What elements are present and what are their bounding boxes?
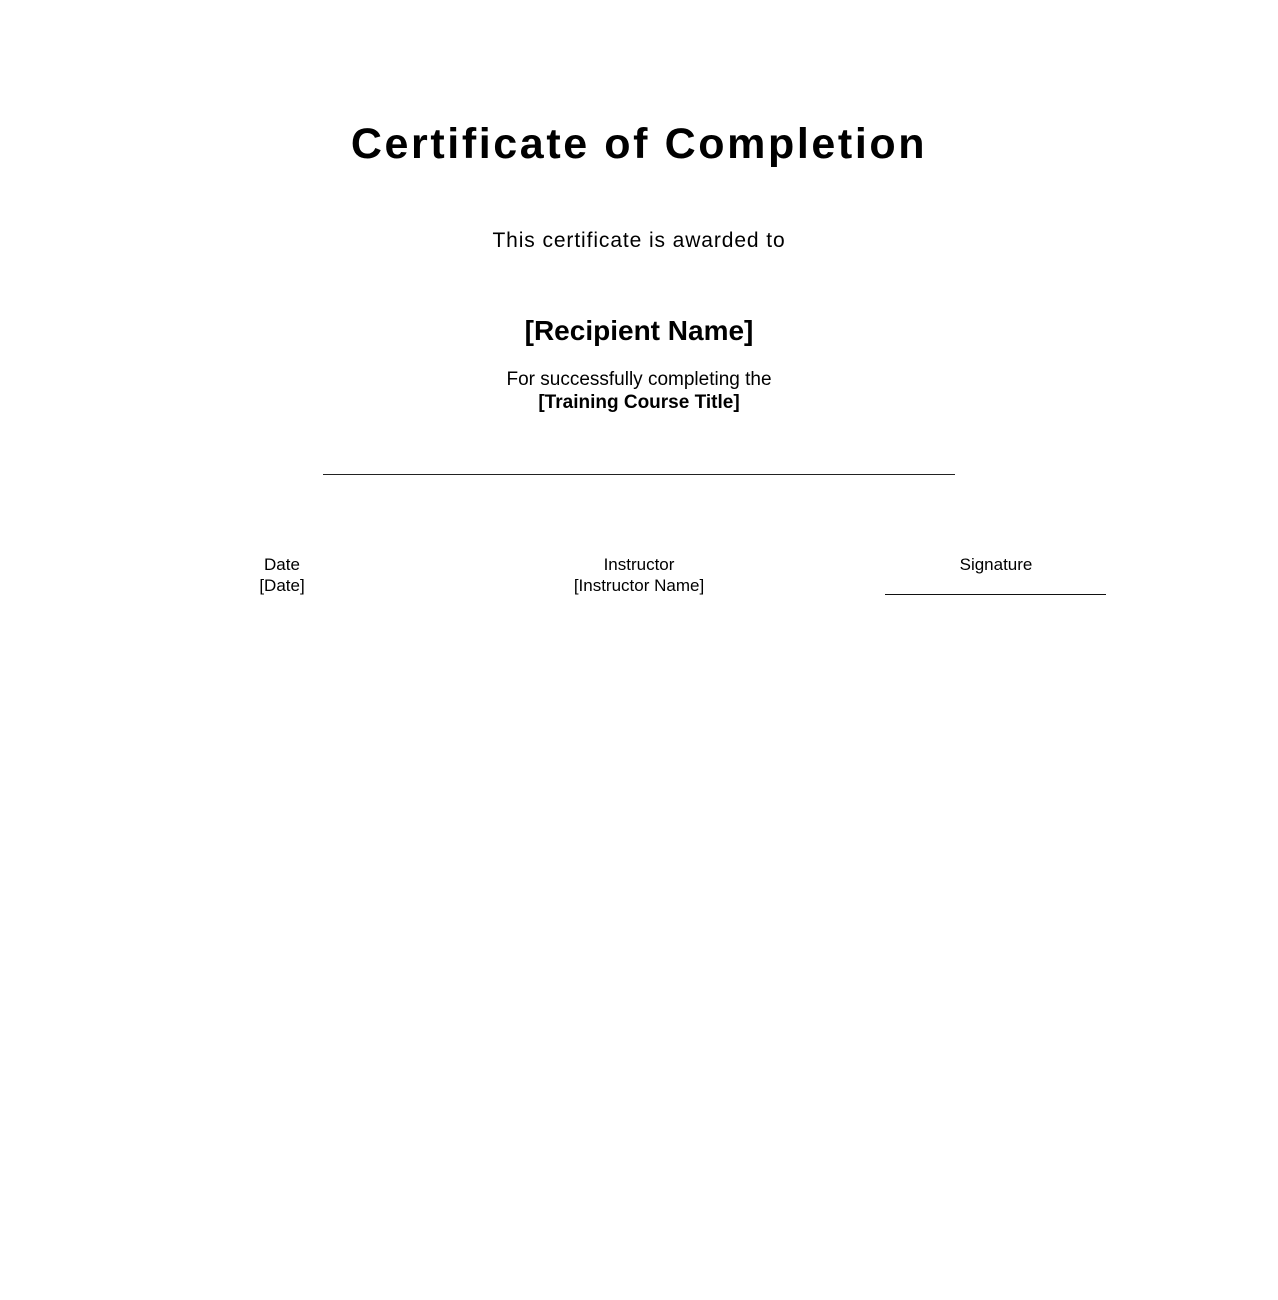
course-title: [Training Course Title] xyxy=(0,391,1278,414)
instructor-block: Instructor [Instructor Name] xyxy=(509,554,769,596)
date-value: [Date] xyxy=(152,575,412,596)
divider-line xyxy=(323,474,955,475)
signature-block: Signature xyxy=(866,554,1126,575)
date-label: Date xyxy=(152,554,412,575)
completion-text: For successfully completing the xyxy=(0,368,1278,391)
instructor-label: Instructor xyxy=(509,554,769,575)
signature-label: Signature xyxy=(866,554,1126,575)
certificate-title: Certificate of Completion xyxy=(0,118,1278,170)
signature-line xyxy=(885,594,1106,595)
recipient-name: [Recipient Name] xyxy=(0,314,1278,348)
awarded-to-text: This certificate is awarded to xyxy=(0,228,1278,254)
date-block: Date [Date] xyxy=(152,554,412,596)
instructor-name: [Instructor Name] xyxy=(509,575,769,596)
